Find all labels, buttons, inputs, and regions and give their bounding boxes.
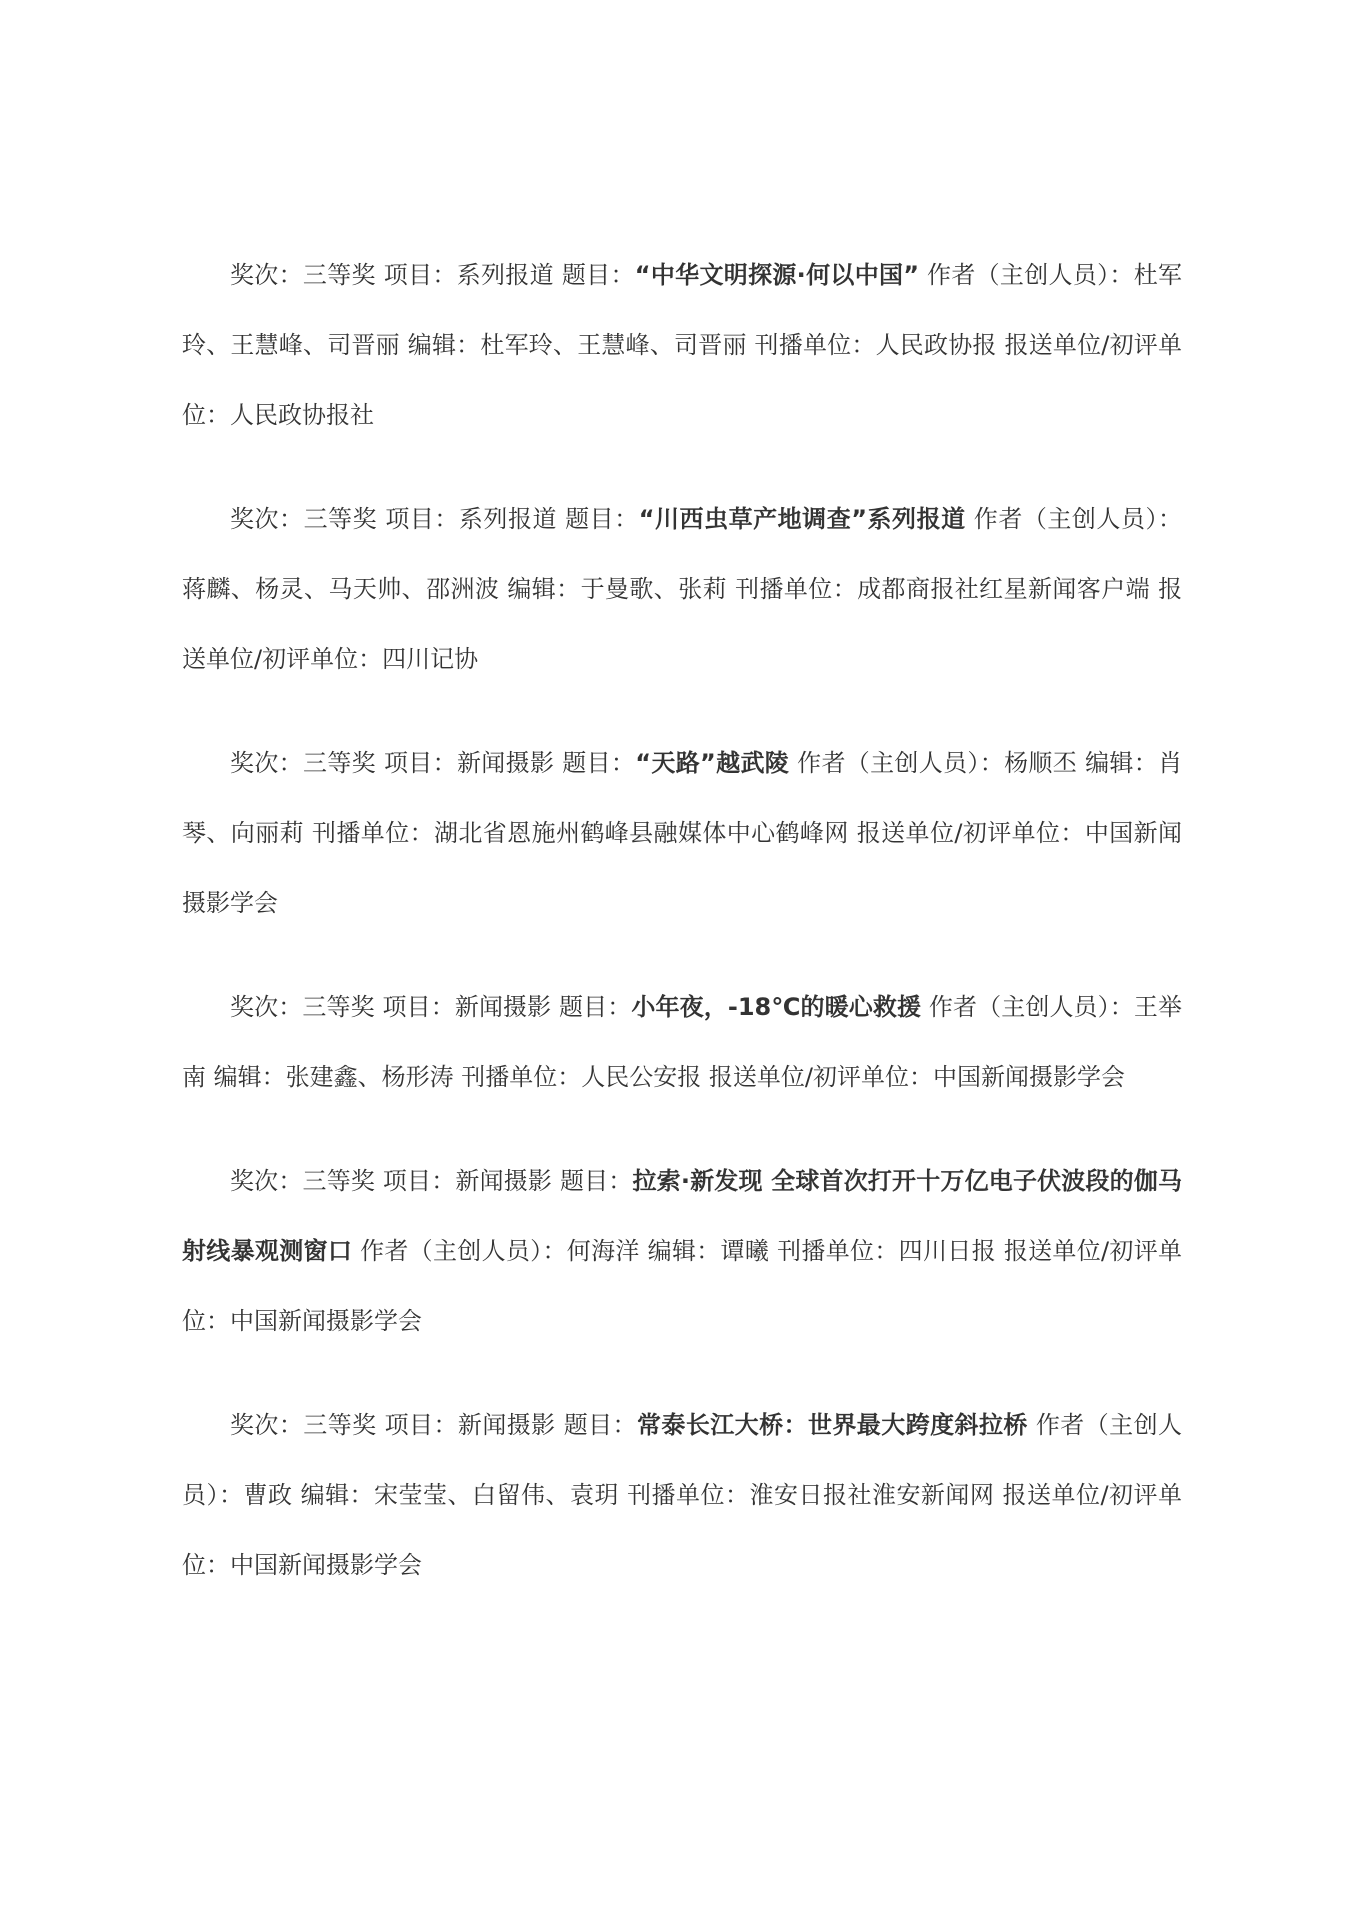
author-label: 作者（主创人员）：	[797, 749, 1004, 777]
title-label: 题目：	[565, 505, 639, 533]
project-label: 项目：	[385, 1411, 458, 1439]
author-label: 作者（主创人员）：	[929, 993, 1134, 1021]
publisher-label: 刊播单位：	[627, 1481, 749, 1509]
project-label: 项目：	[385, 505, 459, 533]
author-label: 作者（主创人员）：	[927, 261, 1134, 289]
submitter-value: 中国新闻摄影学会	[230, 1551, 422, 1579]
editor-label: 编辑：	[507, 575, 580, 603]
submitter-value: 中国新闻摄影学会	[933, 1063, 1125, 1091]
award-label: 奖次：	[230, 505, 304, 533]
editor-label: 编辑：	[648, 1237, 721, 1265]
award-entry-2: 奖次：三等奖 项目：系列报道 题目：“川西虫草产地调查”系列报道 作者（主创人员…	[182, 484, 1182, 694]
editor-value: 杜军玲、王慧峰、司晋丽	[480, 331, 746, 359]
project-value: 系列报道	[457, 261, 554, 289]
editor-label: 编辑：	[408, 331, 481, 359]
project-value: 新闻摄影	[455, 993, 551, 1021]
award-entry-4: 奖次：三等奖 项目：新闻摄影 题目：小年夜，-18℃的暖心救援 作者（主创人员）…	[182, 972, 1182, 1112]
project-value: 新闻摄影	[457, 749, 554, 777]
award-value: 三等奖	[303, 1411, 376, 1439]
award-value: 三等奖	[303, 749, 376, 777]
title-label: 题目：	[559, 993, 631, 1021]
submitter-value: 人民政协报社	[230, 401, 374, 429]
publisher-value: 人民公安报	[581, 1063, 701, 1091]
publisher-value: 湖北省恩施州鹤峰县融媒体中心鹤峰网	[434, 819, 849, 847]
entry-title: “天路”越武陵	[635, 749, 789, 777]
publisher-label: 刊播单位：	[461, 1063, 581, 1091]
publisher-label: 刊播单位：	[755, 331, 876, 359]
project-value: 系列报道	[459, 505, 557, 533]
award-entry-3: 奖次：三等奖 项目：新闻摄影 题目：“天路”越武陵 作者（主创人员）：杨顺丕 编…	[182, 728, 1182, 938]
award-value: 三等奖	[302, 993, 374, 1021]
editor-label: 编辑：	[301, 1481, 374, 1509]
publisher-value: 四川日报	[899, 1237, 996, 1265]
author-label: 作者（主创人员）：	[360, 1237, 567, 1265]
author-value: 蒋麟、杨灵、马天帅、邵洲波	[182, 575, 499, 603]
award-label: 奖次：	[230, 749, 303, 777]
award-value: 三等奖	[304, 505, 378, 533]
publisher-value: 成都商报社红星新闻客户端	[857, 575, 1150, 603]
title-label: 题目：	[564, 1411, 637, 1439]
award-value: 三等奖	[303, 1167, 376, 1195]
editor-label: 编辑：	[214, 1063, 286, 1091]
author-value: 杨顺丕	[1004, 749, 1077, 777]
project-label: 项目：	[382, 993, 454, 1021]
author-value: 曹政	[243, 1481, 292, 1509]
submitter-label: 报送单位/初评单位：	[857, 819, 1085, 847]
award-label: 奖次：	[230, 993, 302, 1021]
entry-title: “川西虫草产地调查”系列报道	[639, 505, 966, 533]
editor-value: 张建鑫、杨形涛	[286, 1063, 454, 1091]
award-label: 奖次：	[230, 1411, 303, 1439]
award-value: 三等奖	[303, 261, 376, 289]
project-value: 新闻摄影	[458, 1411, 556, 1439]
publisher-label: 刊播单位：	[735, 575, 857, 603]
award-label: 奖次：	[230, 261, 303, 289]
editor-label: 编辑：	[1085, 749, 1158, 777]
submitter-label: 报送单位/初评单位：	[709, 1063, 933, 1091]
project-label: 项目：	[384, 749, 457, 777]
project-label: 项目：	[384, 261, 457, 289]
publisher-label: 刊播单位：	[777, 1237, 899, 1265]
award-label: 奖次：	[230, 1167, 303, 1195]
author-value: 何海洋	[567, 1237, 640, 1265]
award-entry-1: 奖次：三等奖 项目：系列报道 题目：“中华文明探源·何以中国” 作者（主创人员）…	[182, 240, 1182, 450]
submitter-value: 中国新闻摄影学会	[230, 1307, 422, 1335]
award-entry-5: 奖次：三等奖 项目：新闻摄影 题目：拉索·新发现 全球首次打开十万亿电子伏波段的…	[182, 1146, 1182, 1356]
entry-title: 常泰长江大桥：世界最大跨度斜拉桥	[637, 1411, 1028, 1439]
title-label: 题目：	[562, 261, 635, 289]
publisher-label: 刊播单位：	[312, 819, 434, 847]
document-page: 奖次：三等奖 项目：系列报道 题目：“中华文明探源·何以中国” 作者（主创人员）…	[182, 240, 1182, 1634]
project-label: 项目：	[383, 1167, 456, 1195]
publisher-value: 人民政协报	[876, 331, 997, 359]
entry-title: 小年夜，-18℃的暖心救援	[631, 993, 921, 1021]
editor-value: 谭曦	[721, 1237, 770, 1265]
award-entry-6: 奖次：三等奖 项目：新闻摄影 题目：常泰长江大桥：世界最大跨度斜拉桥 作者（主创…	[182, 1390, 1182, 1600]
submitter-value: 四川记协	[382, 645, 478, 673]
title-label: 题目：	[560, 1167, 633, 1195]
title-label: 题目：	[562, 749, 635, 777]
project-value: 新闻摄影	[455, 1167, 552, 1195]
editor-value: 宋莹莹、白留伟、袁玥	[374, 1481, 619, 1509]
publisher-value: 淮安日报社淮安新闻网	[750, 1481, 995, 1509]
entry-title: “中华文明探源·何以中国”	[635, 261, 919, 289]
author-label: 作者（主创人员）：	[974, 505, 1182, 533]
editor-value: 于曼歌、张莉	[581, 575, 727, 603]
